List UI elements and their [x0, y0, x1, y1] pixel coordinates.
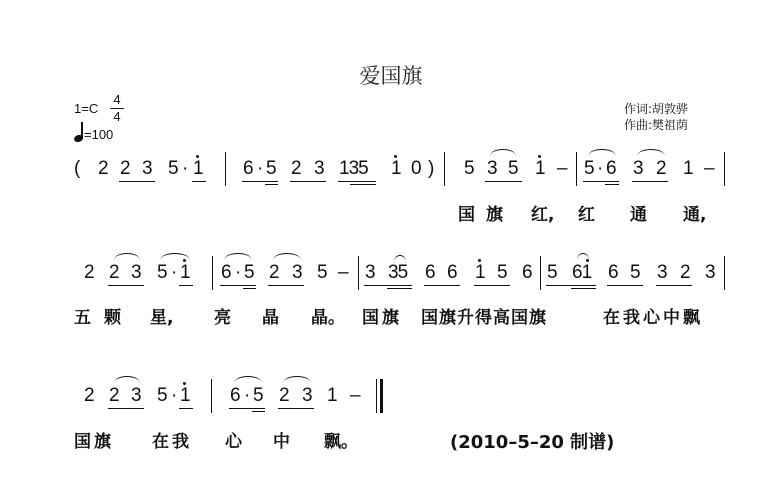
octave-dot: [196, 155, 199, 158]
underline: [583, 181, 619, 182]
slur: [273, 253, 301, 260]
dot: ·: [244, 385, 250, 407]
barline: [358, 256, 359, 290]
note: 5: [266, 158, 277, 180]
lyrics-line-2: 五 颗 星, 亮 晶 晶。 国旗 国旗升得高国旗 在我心中飘: [0, 303, 782, 343]
underline: [632, 181, 668, 182]
lyric: 国旗: [362, 303, 402, 328]
underline: [364, 285, 412, 286]
barline: [724, 256, 725, 290]
score-system-3: 2 2 3 5 · 1 6 · 5 2 3 1 –: [0, 385, 782, 425]
underline: [571, 288, 596, 289]
rest: 0: [411, 158, 422, 180]
slur: [283, 376, 311, 383]
lyric: 颗: [104, 303, 121, 328]
underline: [243, 288, 256, 289]
note: 1: [475, 262, 486, 284]
note: 5: [157, 385, 168, 407]
note: 3: [314, 158, 325, 180]
underline: [179, 408, 193, 409]
note: 5: [168, 158, 179, 180]
slur: [114, 253, 140, 260]
lyric: 星,: [150, 303, 173, 328]
credits: 作词:胡敦骅 作曲:樊祖荫: [624, 101, 688, 133]
dash: –: [557, 158, 568, 180]
lyric: 飘。: [324, 427, 358, 452]
dash: –: [338, 262, 349, 284]
octave-dot: [183, 382, 186, 385]
note: 2: [279, 385, 290, 407]
dot: ·: [171, 262, 177, 284]
note: 5: [157, 262, 168, 284]
score-system-2: 2 2 3 5 · 1 6 · 5 2 3 5 – 3 35 6 6 1 5 6…: [0, 262, 782, 302]
lyric: 通: [630, 200, 647, 225]
slur: [224, 253, 252, 260]
dot: ·: [235, 262, 241, 284]
lyric: 在我: [152, 427, 192, 452]
note: 3: [142, 158, 153, 180]
note: 6: [425, 262, 436, 284]
note: 1: [193, 158, 204, 180]
underline: [108, 408, 144, 409]
note: 5: [464, 158, 475, 180]
underline: [229, 408, 265, 409]
tempo-value: =100: [84, 127, 113, 142]
lyrics-line-3: 国旗 在我 心 中 飘。: [0, 427, 782, 467]
note: 3: [705, 262, 716, 284]
note: 2: [98, 158, 109, 180]
underline: [387, 288, 412, 289]
lyric: 通,: [683, 200, 706, 225]
lyric: 晶: [262, 303, 279, 328]
score-system-1: ( 2 2 3 5 · 1 6 · 5 2 3 135 1 0 ) 5 3 5 …: [0, 158, 782, 198]
time-signature-bottom: 4: [113, 109, 120, 124]
barline: [444, 152, 445, 186]
note: 3: [131, 262, 142, 284]
lyric: 红: [578, 200, 595, 225]
slur: [637, 149, 665, 156]
note: 2: [269, 262, 280, 284]
note: 3: [131, 385, 142, 407]
tempo-marking: =100: [74, 122, 113, 142]
dot: ·: [171, 385, 177, 407]
song-title: 爱国旗: [0, 60, 782, 90]
lyric: 亮: [214, 303, 231, 328]
underline: [192, 181, 206, 182]
underline: [656, 285, 692, 286]
underline: [605, 184, 619, 185]
note-group: 35: [388, 262, 407, 284]
note: 2: [291, 158, 302, 180]
barline: [212, 256, 213, 290]
slur: [160, 253, 190, 260]
lyric: 国旗: [74, 427, 114, 452]
underline: [252, 411, 265, 412]
lyric: 旗: [486, 200, 503, 225]
slur: [394, 255, 406, 262]
lyric: 国: [458, 200, 475, 225]
note: 2: [109, 385, 120, 407]
note: 5: [317, 262, 328, 284]
slur: [577, 253, 589, 260]
underline: [179, 285, 193, 286]
key-signature: 1=C: [74, 101, 98, 116]
lyrics-line-1: 国 旗 红, 红 通 通,: [0, 200, 782, 240]
underline: [546, 285, 596, 286]
note: 2: [656, 158, 667, 180]
underline: [290, 181, 326, 182]
underline: [119, 181, 155, 182]
note: 6: [608, 262, 619, 284]
note-group: 135: [339, 158, 368, 180]
note: 1: [327, 385, 338, 407]
note: 5: [244, 262, 255, 284]
note: 6: [522, 262, 533, 284]
lyric: 五: [74, 303, 91, 328]
note: 6: [230, 385, 241, 407]
barline: [225, 152, 226, 186]
underline: [338, 181, 376, 182]
note: 2: [120, 158, 131, 180]
lyric: 在我心中飘: [603, 303, 703, 328]
slur: [234, 376, 262, 383]
note: 1: [683, 158, 694, 180]
note: 2: [680, 262, 691, 284]
underline: [424, 285, 460, 286]
note: 3: [292, 262, 303, 284]
lyric: 中: [273, 427, 290, 452]
note: 5: [630, 262, 641, 284]
underline: [268, 285, 304, 286]
barline: [540, 256, 541, 290]
lyric: 晶。: [311, 303, 345, 328]
note: 6: [606, 158, 617, 180]
dot: ·: [597, 158, 603, 180]
note: 1: [391, 158, 402, 180]
time-signature: 4 4: [110, 93, 124, 124]
underline: [607, 285, 643, 286]
slur: [490, 149, 516, 156]
paren: ): [428, 158, 434, 180]
note: 1: [535, 158, 546, 180]
note: 2: [109, 262, 120, 284]
note: 5: [547, 262, 558, 284]
note: 1: [180, 262, 191, 284]
underline: [220, 285, 256, 286]
note: 2: [84, 385, 95, 407]
lyric: 国旗升得高国旗: [421, 303, 547, 328]
note-group: 61: [572, 262, 591, 284]
note: 3: [302, 385, 313, 407]
octave-dot: [478, 259, 481, 262]
dot: ·: [257, 158, 263, 180]
octave-dot: [538, 155, 541, 158]
note: 3: [657, 262, 668, 284]
transcription-date: (2010–5–20 制谱): [450, 428, 614, 454]
note: 3: [487, 158, 498, 180]
note: 2: [84, 262, 95, 284]
lyricist-credit: 作词:胡敦骅: [624, 101, 688, 117]
underline: [350, 184, 376, 185]
note: 1: [180, 385, 191, 407]
note: 5: [584, 158, 595, 180]
note: 6: [447, 262, 458, 284]
note: 5: [508, 158, 519, 180]
note: 5: [253, 385, 264, 407]
barline: [576, 152, 577, 186]
dot: ·: [182, 158, 188, 180]
note: (: [74, 158, 80, 180]
underline: [242, 181, 278, 182]
underline: [485, 181, 522, 182]
underline: [474, 285, 510, 286]
dash: –: [350, 385, 361, 407]
lyric: 红,: [531, 200, 554, 225]
note: 3: [633, 158, 644, 180]
octave-dot: [394, 155, 397, 158]
composer-credit: 作曲:樊祖荫: [624, 117, 688, 133]
note: 3: [365, 262, 376, 284]
final-barline-thin: [376, 379, 377, 413]
final-barline-thick: [380, 379, 383, 413]
quarter-note-icon: [74, 122, 84, 142]
slur: [114, 376, 140, 383]
note: 6: [243, 158, 254, 180]
dash: –: [704, 158, 715, 180]
barline: [724, 152, 725, 186]
time-signature-top: 4: [113, 92, 120, 107]
underline: [278, 408, 314, 409]
slur: [588, 149, 616, 156]
barline: [211, 379, 212, 413]
underline: [265, 184, 278, 185]
lyric: 心: [225, 427, 242, 452]
note: 5: [497, 262, 508, 284]
note: 6: [221, 262, 232, 284]
underline: [108, 285, 144, 286]
